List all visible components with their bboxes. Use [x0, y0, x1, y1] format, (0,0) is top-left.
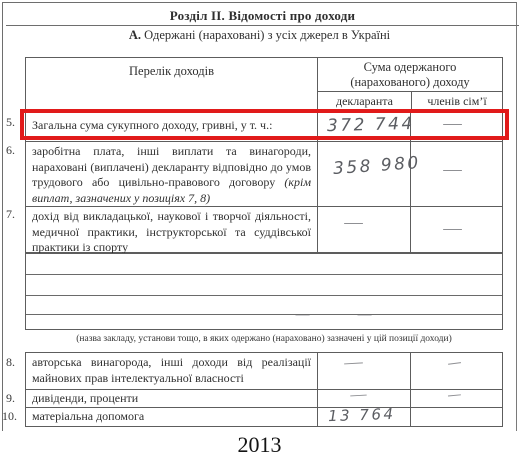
- row-8-label: авторська винагорода, інші доходи від ре…: [26, 353, 317, 389]
- table-header: Перелік доходів Сума одержаного (нарахов…: [26, 58, 502, 112]
- table-row-8: авторська винагорода, інші доходи від ре…: [26, 353, 502, 389]
- header-income-list: Перелік доходів: [26, 58, 317, 112]
- institution-ruled-box: [25, 253, 503, 330]
- table-row-6: заробітна плата, інші виплати та винагор…: [26, 141, 502, 206]
- handwritten-dash-r8-declarant: —: [342, 355, 365, 371]
- handwritten-total-income: 372 744: [327, 114, 415, 136]
- row-8-declarant-cell: [317, 353, 410, 389]
- row-number-10: 10.: [2, 409, 17, 424]
- row-5-label: Загальна сума сукупного доходу, гривні, …: [26, 113, 317, 141]
- handwritten-dash-r7-declarant: —: [343, 216, 364, 231]
- header-family: членів сім’ї: [411, 92, 502, 112]
- section-title: Розділ II. Відомості про доходи: [6, 6, 519, 26]
- year-caption: 2013: [0, 432, 519, 458]
- subsection-title: А. Одержані (нараховані) з усіх джерел в…: [3, 28, 516, 43]
- row-number-5: 5.: [6, 115, 15, 130]
- ruled-line: [26, 314, 502, 315]
- handwritten-dash-r9-family: —: [447, 387, 463, 403]
- handwritten-material-aid: 13 764: [328, 405, 396, 425]
- income-table-lower: авторська винагорода, інші доходи від ре…: [25, 352, 503, 427]
- row-number-6: 6.: [6, 143, 15, 158]
- handwritten-dash-r6-family: —: [442, 163, 463, 178]
- table-row-7: дохід від викладацької, наукової і творч…: [26, 206, 502, 252]
- table-row-10: матеріальна допомога: [26, 407, 502, 426]
- institution-note: (назва закладу, установи тощо, в яких од…: [25, 334, 503, 344]
- handwritten-faint-dash-1: —: [295, 308, 311, 323]
- row-7-label: дохід від викладацької, наукової і творч…: [26, 207, 317, 252]
- row-6-label-text: заробітна плата, інші виплати та винагор…: [32, 144, 311, 189]
- row-6-label: заробітна плата, інші виплати та винагор…: [26, 142, 317, 206]
- income-table-upper: Перелік доходів Сума одержаного (нарахов…: [25, 57, 503, 253]
- row-9-label: дивіденди, проценти: [26, 390, 317, 407]
- row-number-8: 8.: [6, 355, 15, 370]
- ruled-line: [26, 295, 502, 296]
- header-income-sum: Сума одержаного (нарахованого) доходу: [318, 58, 502, 91]
- row-number-9: 9.: [6, 391, 15, 406]
- row-10-label: матеріальна допомога: [26, 408, 317, 426]
- row-number-7: 7.: [6, 207, 15, 222]
- table-row-5: Загальна сума сукупного доходу, гривні, …: [26, 112, 502, 141]
- handwritten-dash-r8-family: —: [446, 355, 462, 372]
- header-declarant: декларанта: [318, 92, 411, 112]
- handwritten-dash-r9-declarant: —: [349, 388, 369, 404]
- handwritten-dash-r7-family: —: [442, 222, 463, 237]
- subsection-text: Одержані (нараховані) з усіх джерел в Ук…: [144, 28, 390, 42]
- table-row-9: дивіденди, проценти: [26, 389, 502, 407]
- row-10-family-cell: [410, 408, 502, 426]
- handwritten-dash-r5-family: —: [442, 117, 463, 132]
- subsection-prefix: А.: [129, 28, 141, 42]
- handwritten-faint-dash-2: —: [357, 308, 373, 323]
- ruled-line: [26, 274, 502, 275]
